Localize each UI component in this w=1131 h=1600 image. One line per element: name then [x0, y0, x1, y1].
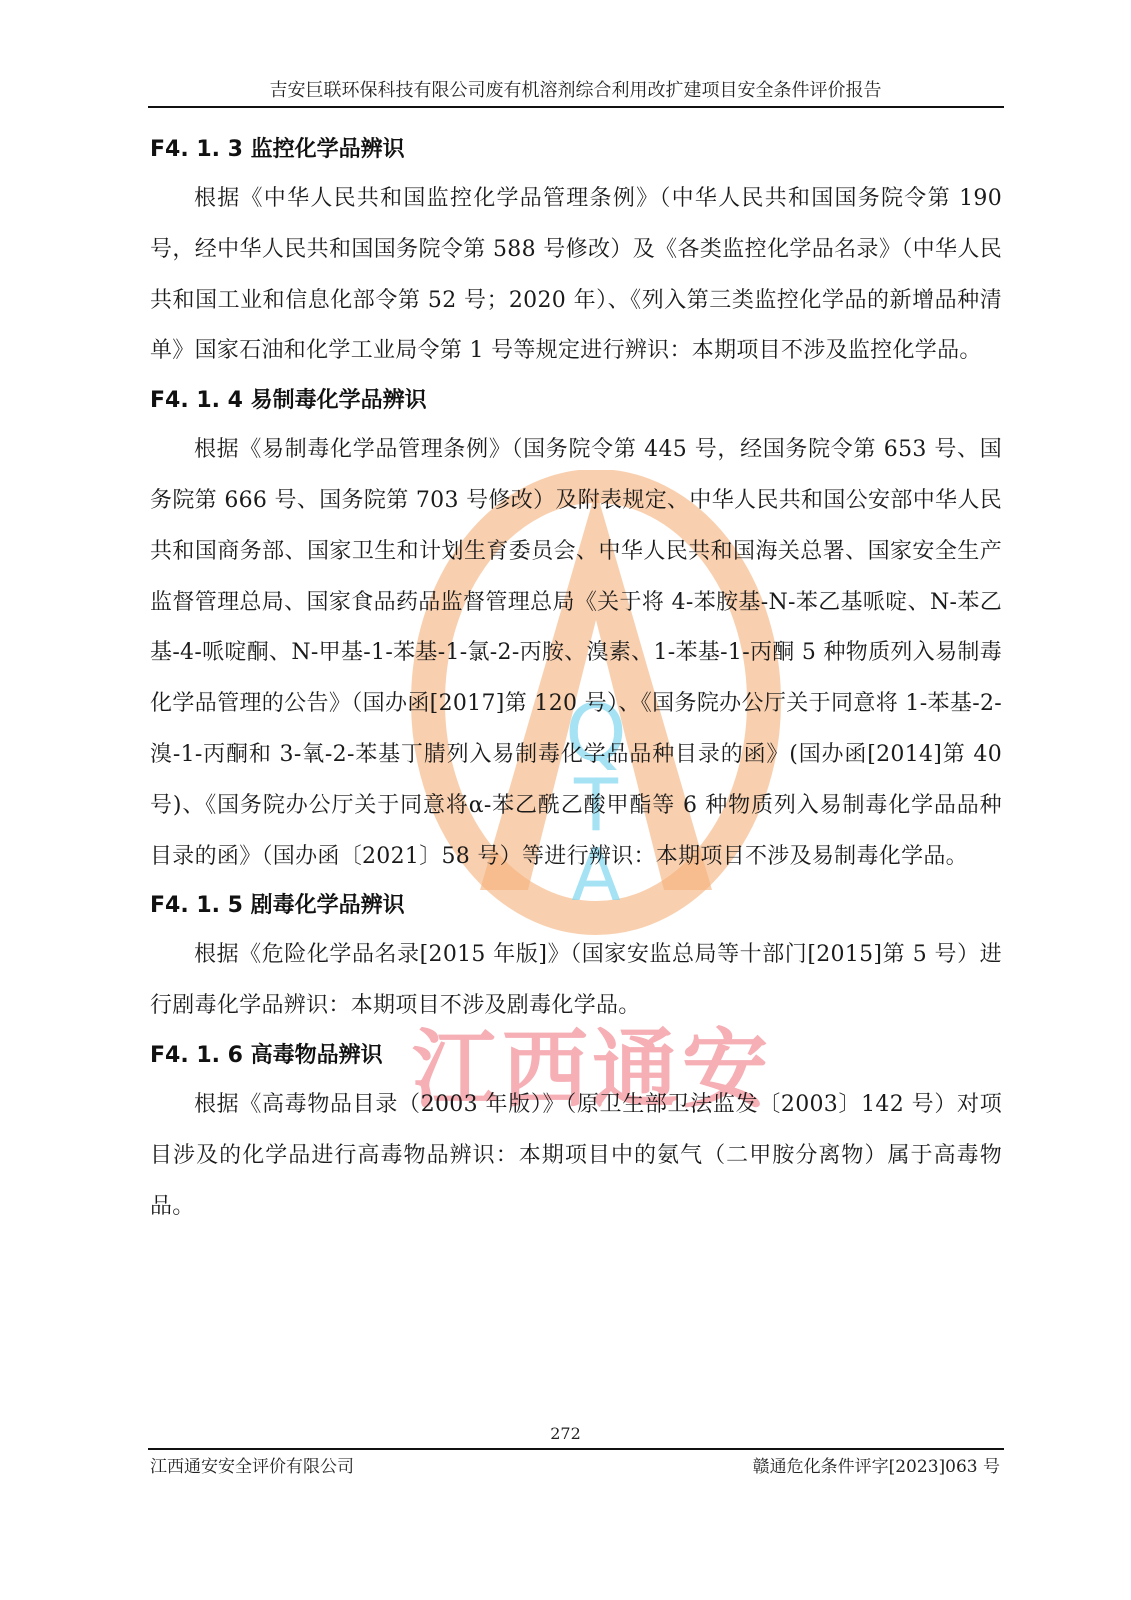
header-divider — [148, 106, 1004, 108]
footer-report-number: 赣通危化条件评字[2023]063 号 — [753, 1452, 1000, 1477]
page-number: 272 — [0, 1424, 1131, 1443]
section-paragraph: 根据《高毒物品目录（2003 年版）》（原卫生部卫法监发〔2003〕142 号）… — [150, 1080, 1002, 1232]
section-heading: F4. 1. 6 高毒物品辨识 — [150, 1032, 1002, 1080]
section-precursor-chemicals: F4. 1. 4 易制毒化学品辨识 根据《易制毒化学品管理条例》（国务院令第 4… — [150, 377, 1002, 882]
section-monitored-chemicals: F4. 1. 3 监控化学品辨识 根据《中华人民共和国监控化学品管理条例》（中华… — [150, 126, 1002, 377]
section-heading: F4. 1. 4 易制毒化学品辨识 — [150, 377, 1002, 425]
footer-company: 江西通安安全评价有限公司 — [150, 1452, 354, 1477]
document-page: Q T A 江西通安 吉安巨联环保科技有限公司废有机溶剂综合利用改扩建项目安全条… — [0, 0, 1131, 1600]
section-paragraph: 根据《中华人民共和国监控化学品管理条例》（中华人民共和国国务院令第 190 号，… — [150, 174, 1002, 377]
section-highly-toxic-chemicals: F4. 1. 5 剧毒化学品辨识 根据《危险化学品名录[2015 年版]》（国家… — [150, 882, 1002, 1032]
document-body: F4. 1. 3 监控化学品辨识 根据《中华人民共和国监控化学品管理条例》（中华… — [150, 126, 1002, 1232]
page-header-title: 吉安巨联环保科技有限公司废有机溶剂综合利用改扩建项目安全条件评价报告 — [148, 76, 1003, 102]
section-paragraph: 根据《危险化学品名录[2015 年版]》（国家安监总局等十部门[2015]第 5… — [150, 930, 1002, 1032]
section-paragraph: 根据《易制毒化学品管理条例》（国务院令第 445 号，经国务院令第 653 号、… — [150, 425, 1002, 882]
section-heading: F4. 1. 5 剧毒化学品辨识 — [150, 882, 1002, 930]
section-highly-toxic-items: F4. 1. 6 高毒物品辨识 根据《高毒物品目录（2003 年版）》（原卫生部… — [150, 1032, 1002, 1232]
section-heading: F4. 1. 3 监控化学品辨识 — [150, 126, 1002, 174]
footer-divider — [148, 1448, 1004, 1450]
